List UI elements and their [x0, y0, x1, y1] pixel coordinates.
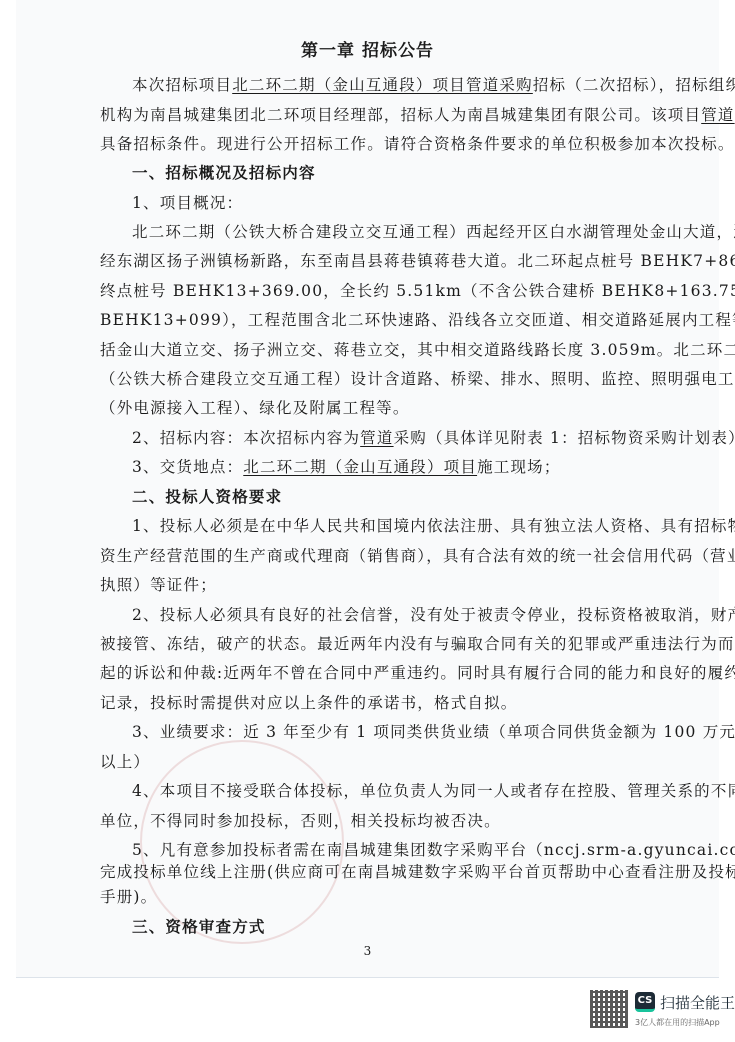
req-2-line: 记录，投标时需提供对应以上条件的承诺书，格式自拟。	[100, 693, 518, 713]
req-1-line: 执照）等证件；	[100, 575, 217, 595]
req-3-line: 3、业绩要求：近 3 年至少有 1 项同类供货业绩（单项合同供货金额为 100 …	[132, 722, 735, 742]
qr-code-icon	[590, 990, 628, 1028]
intro-line-1: 本次招标项目北二环二期（金山互通段）项目管道采购招标（二次招标），招标组织	[132, 75, 735, 95]
section-1-heading: 一、招标概况及招标内容	[132, 163, 316, 183]
intro-line-2: 机构为南昌城建集团北二环项目经理部，招标人为南昌城建集团有限公司。该项目管道已	[100, 105, 735, 125]
item-1-title: 1、项目概况：	[132, 193, 243, 213]
project-name: 北二环二期（金山互通段）项目管道采购	[232, 76, 533, 94]
overview-line: （公铁大桥合建段立交互通工程）设计含道路、桥梁、排水、照明、监控、照明强电工程	[100, 369, 735, 389]
req-1-line: 资生产经营范围的生产商或代理商（销售商），具有合法有效的统一社会信用代码（营业	[100, 546, 735, 566]
section-2-heading: 二、投标人资格要求	[132, 487, 282, 507]
app-name: 扫描全能王	[660, 992, 735, 1013]
req-1-line: 1、投标人必须是在中华人民共和国境内依法注册、具有独立法人资格、具有招标物	[132, 516, 735, 536]
item-3: 3、交货地点：北二环二期（金山互通段）项目施工现场；	[132, 457, 561, 477]
req-2-line: 起的诉讼和仲裁:近两年不曾在合同中严重违约。同时具有履行合同的能力和良好的履约	[100, 663, 735, 683]
overview-line: 终点桩号 BEHK13+369.00，全长约 5.51km（不含公铁合建桥 BE…	[100, 281, 735, 301]
req-5-line: 5、凡有意参加投标者需在南昌城建集团数字采购平台（nccj.srm-a.gyun…	[132, 840, 735, 860]
overview-line: BEHK13+099），工程范围含北二环快速路、沿线各立交匝道、相交道路延展内工…	[100, 310, 735, 330]
overview-line: （外电源接入工程）、绿化及附属工程等。	[100, 398, 410, 418]
app-tagline: 3亿人都在用的扫描App	[635, 1017, 720, 1028]
camscanner-watermark: CS 扫描全能王 3亿人都在用的扫描App	[590, 990, 730, 1035]
intro-line-3: 具备招标条件。现进行公开招标工作。请符合资格条件要求的单位积极参加本次投标。	[100, 134, 735, 154]
req-2-line: 被接管、冻结，破产的状态。最近两年内没有与骗取合同有关的犯罪或严重违法行为而引	[100, 634, 735, 654]
req-4-line: 单位，不得同时参加投标，否则，相关投标均被否决。	[100, 811, 501, 831]
req-2-line: 2、投标人必须具有良好的社会信誉，没有处于被责令停业，投标资格被取消，财产	[132, 605, 735, 625]
camscanner-logo-icon: CS	[635, 992, 655, 1012]
req-3-line: 以上）	[100, 752, 150, 772]
chapter-title: 第一章 招标公告	[0, 36, 735, 61]
req-5-line: 手册)。	[100, 887, 157, 907]
item-2: 2、招标内容：本次招标内容为管道采购（具体详见附表 1：招标物资采购计划表）；	[132, 428, 735, 448]
req-5-line: 完成投标单位线上注册(供应商可在南昌城建数字采购平台首页帮助中心查看注册及投标	[100, 862, 735, 882]
overview-line: 括金山大道立交、扬子洲立交、蒋巷立交，其中相交道路线路长度 3.059m。北二环…	[100, 340, 735, 360]
section-3-heading: 三、资格审查方式	[132, 917, 266, 937]
page-number: 3	[0, 944, 735, 958]
overview-line: 经东湖区扬子洲镇杨新路，东至南昌县蒋巷镇蒋巷大道。北二环起点桩号 BEHK7+8…	[100, 251, 735, 271]
req-4-line: 4、本项目不接受联合体投标，单位负责人为同一人或者存在控股、管理关系的不同	[132, 781, 735, 801]
overview-line: 北二环二期（公铁大桥合建段立交互通工程）西起经开区白水湖管理处金山大道，途	[132, 222, 735, 242]
